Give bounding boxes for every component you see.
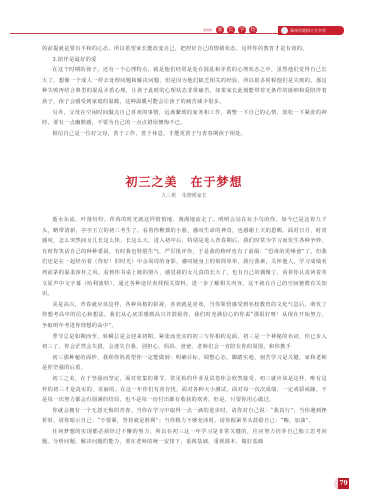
paragraph: 另外，父母在空闲时间做点自己喜欢的事情，远离繁琐的家务和工作，调整一下自己的心情… (42, 108, 327, 129)
badge-jia: 家 (216, 26, 224, 34)
paragraph: 在这个时期的孩子，还有一个心理特点，就是他们经常是处在混乱和矛盾的心理状态之中，… (42, 65, 327, 107)
paragraph: 美是高兴，青春就应该这样，各种风格的影视，喜欢就是喜欢，当你领悟感受到名校教育的… (42, 300, 327, 332)
article-title: 初三之美 在于梦想 (0, 173, 368, 190)
paragraph: 初三那种秘的面纱，我和你妈希望你一定能做到：明确目标，调整心态，脚踏实地，刻苦学… (42, 353, 327, 374)
author-name: 朱晓媛家长 (182, 193, 207, 199)
paragraph: 相信自己是一位好父母，善于工作，善于休息，才能更善于与青春期孩子相处。 (42, 129, 327, 140)
school-banner: 郑州市第四十九中学 (278, 26, 344, 35)
column-label: 家校桥 (203, 28, 212, 32)
paragraph: 初三之美，在于坚强而坚定，面对密集的课节，常见检的作业及试卷你会欣然接受，初三就… (42, 374, 327, 406)
school-logo-icon (281, 27, 288, 34)
article-body: 逝水东流，叶落纷纷，荏苒的时光就这样悄悄地、漫漫地流走了。明明会站在玩小鸟的你，… (42, 215, 327, 448)
section-one: 的前提就是要有平和的心态，所以希望家长能改变自己，把控好自己的情绪状态，这样你的… (42, 44, 327, 139)
author-class: 九三班 (161, 193, 176, 199)
paragraph-continuation: 的前提就是要有平和的心态，所以希望家长能改变自己，把控好自己的情绪状态，这样你的… (42, 44, 327, 55)
badge-xiao: 校 (249, 26, 257, 34)
paragraph: 逝水东流，叶落纷纷，荏苒的时光就这样悄悄地、漫漫地流走了。明明会站在玩小鸟的你，… (42, 215, 327, 300)
badge-xue: 学 (238, 26, 246, 34)
school-name: 郑州市第四十九中学 (290, 28, 326, 33)
badge-zhang: 长 (227, 26, 235, 34)
paragraph: 季节总是如期而至，转瞬总是会迎来初期，紧张而充实的初三与你相约见面，初三是一个神… (42, 332, 327, 353)
article-byline: 九三班 朱晓媛家长 (0, 192, 368, 199)
page-number: 79 (338, 478, 349, 489)
paragraph: 任何梦想的实现都必须经过不懈的努力，所以在初三这一年学习是非常关键的，往应努力培… (42, 427, 327, 448)
subheading: 3.陪伴是最好的爱 (42, 55, 327, 66)
paragraph: 你就会拥有一个无怨无悔的青春。当你在学习中取得一点一滴的进步时，请你对自己说：“… (42, 406, 327, 427)
column-badges: 家校桥 家 长 学 校 (203, 26, 257, 34)
